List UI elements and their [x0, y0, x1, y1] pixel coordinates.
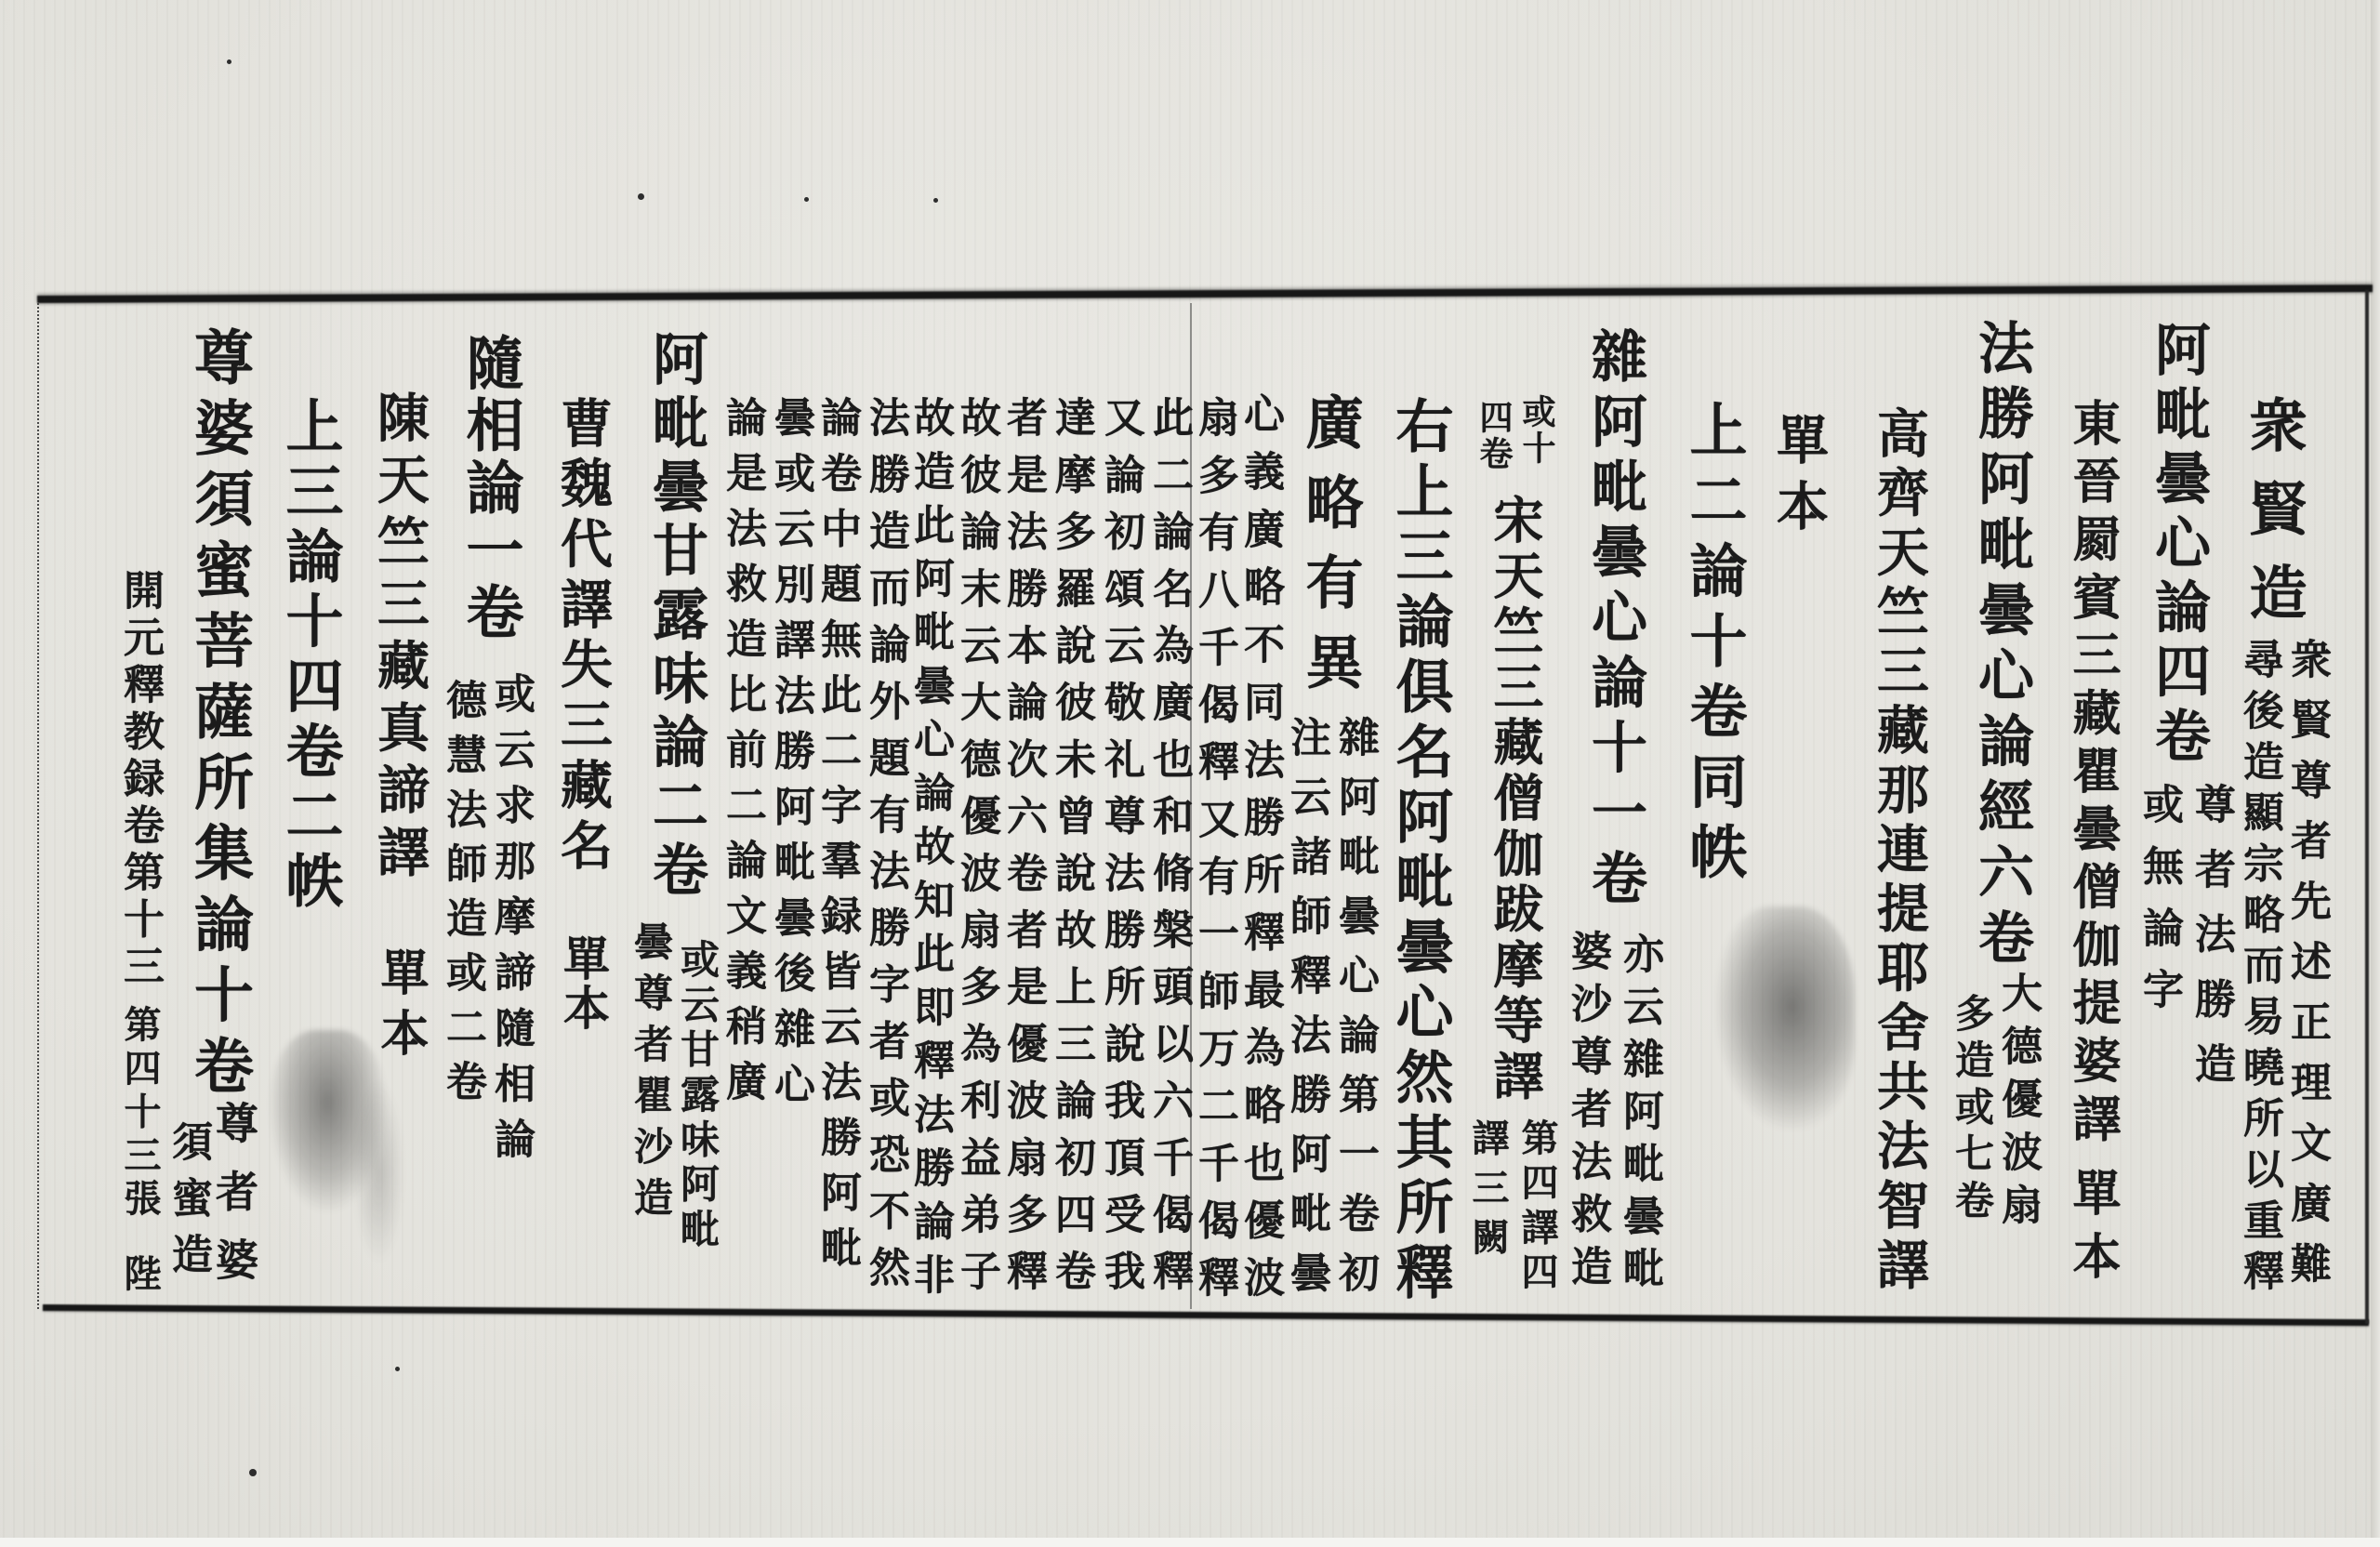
interlinear-note-left: 多造或七卷: [1949, 993, 1995, 1219]
translator-line: 陳天竺三藏真諦譯: [369, 390, 430, 877]
interlinear-note-right: 大德優波扇: [1994, 972, 2041, 1224]
ink-speck: [804, 197, 809, 202]
interlinear-note-right: 亦云雜阿毗曇毗: [1616, 932, 1662, 1288]
edition-status: 單本: [552, 934, 614, 1030]
frame-right-rule: [2365, 290, 2369, 1324]
work-title: 阿毗曇甘露味論二卷: [642, 330, 709, 896]
frame-left-rule: [37, 303, 39, 1309]
summary-statement: 廣略有異: [1296, 392, 1363, 690]
translator-line: 宋天竺三藏僧伽跋摩等譯: [1486, 494, 1545, 1100]
bundle-summary: 上三論十四卷二帙: [276, 396, 343, 908]
edition-status: 單本: [2062, 1168, 2122, 1279]
commentary-line: 心義廣略不同法勝所釋最為略也優波: [1236, 392, 1283, 1297]
ink-speck: [638, 193, 644, 200]
interlinear-note-right: 或十: [1516, 394, 1557, 464]
interlinear-note-right: 或云甘露味阿毗: [675, 939, 720, 1248]
interlinear-note-left: 須蜜造: [165, 1120, 210, 1274]
interlinear-note-left: 注云諸師釋法勝阿毗曇: [1283, 716, 1329, 1292]
scanned-woodblock-page: 衆賢造 衆賢尊者先述正理文廣難 尋後造顯宗略而易曉所以重釋 阿毗曇心論四卷 尊者…: [0, 0, 2380, 1547]
work-title: 阿毗曇心論四卷: [2145, 321, 2212, 762]
interlinear-note-right: 尊者婆: [211, 1101, 258, 1280]
interlinear-note-left: 四卷: [1474, 400, 1514, 469]
interlinear-note-right: 雜阿毗曇心論第一卷初: [1331, 716, 1378, 1292]
interlinear-note-left: 尋後造顯宗略而易曉所以重釋: [2236, 638, 2282, 1290]
frame-top-rule: [37, 284, 2373, 303]
interlinear-note-left: 譯三闕: [1465, 1118, 1510, 1255]
frame-bottom-rule: [43, 1304, 2369, 1326]
interlinear-note-left: 婆沙尊者法救造: [1564, 930, 1610, 1286]
commentary-line: 故造此阿毗曇心論故知此即釋法勝論非: [906, 396, 953, 1294]
summary-statement: 右上三論俱名阿毗曇心然其所釋: [1386, 396, 1453, 1300]
interlinear-note-left: 或無論字: [2135, 783, 2182, 1009]
edition-status: 單本: [1768, 413, 1830, 531]
translator-line: 東晉罽賓三藏瞿曇僧伽提婆譯: [2062, 398, 2122, 1142]
leaf-number: 第四十三張: [117, 1005, 162, 1216]
interlinear-note-right: 衆賢尊者先述正理文廣難: [2283, 638, 2330, 1283]
running-title: 開元釋教録卷第十三: [117, 569, 162, 985]
translator-line: 曹魏代譯失三藏名: [552, 396, 614, 870]
interlinear-note-right: 或云求那摩諦隨相論: [488, 672, 533, 1158]
work-title: 尊婆須蜜菩薩所集論十卷: [185, 326, 252, 1094]
commentary-line: 論是法救造比前二論文義稍廣: [719, 396, 765, 1101]
commentary-line: 法勝造而論外題有法勝字者或恐不然: [862, 396, 908, 1287]
commentary-line: 論卷中題無此二字羣録皆云法勝阿毗: [813, 396, 860, 1267]
paper-edge-bottom: [0, 1538, 2380, 1547]
interlinear-note-left: 德慧法師造或二卷: [440, 679, 484, 1101]
commentary-line: 又論初頌云敬礼尊法勝所說我頂受我: [1097, 396, 1144, 1290]
ink-smudge: [1715, 906, 1855, 1130]
bundle-summary: 上二論十卷同帙: [1680, 400, 1747, 879]
edition-status: 單本: [369, 947, 430, 1056]
commentary-line: 故彼論末云大德優波扇多為利益弟子: [953, 396, 999, 1290]
ink-speck: [249, 1469, 257, 1476]
work-title: 隨相論一卷: [456, 333, 523, 640]
commentary-line: 達摩多羅說彼未曾說故上三論初四卷: [1048, 396, 1094, 1290]
paper-edge-right: [2371, 0, 2380, 1547]
ink-speck: [227, 59, 231, 64]
work-title: 雜阿毗曇心論十一卷: [1581, 327, 1648, 905]
series-mark: 陛: [117, 1254, 162, 1300]
commentary-line: 此二論名為廣也和脩槃頭以六千偈釋: [1145, 396, 1192, 1290]
interlinear-note-right: 尊者法勝造: [2188, 783, 2234, 1083]
commentary-line: 者是法勝本論次六卷者是優波扇多釋: [999, 396, 1046, 1290]
ink-speck: [933, 198, 938, 203]
work-title: 法勝阿毗曇心論經六卷: [1968, 319, 2035, 964]
commentary-line: 曇或云別譯法勝阿毗曇後雜心: [767, 396, 813, 1104]
interlinear-note-right: 第四譯四: [1514, 1118, 1559, 1289]
interlinear-note-left: 曇尊者瞿沙造: [628, 921, 673, 1216]
ink-speck: [395, 1367, 400, 1371]
commentary-line: 扇多有八千偈釋又有一師万二千偈釋: [1191, 396, 1237, 1297]
ink-smudge: [353, 1078, 404, 1264]
translator-line: 高齊天竺三藏那連提耶舍共法智譯: [1869, 406, 1930, 1289]
author-attribution: 衆賢造: [2240, 395, 2307, 620]
